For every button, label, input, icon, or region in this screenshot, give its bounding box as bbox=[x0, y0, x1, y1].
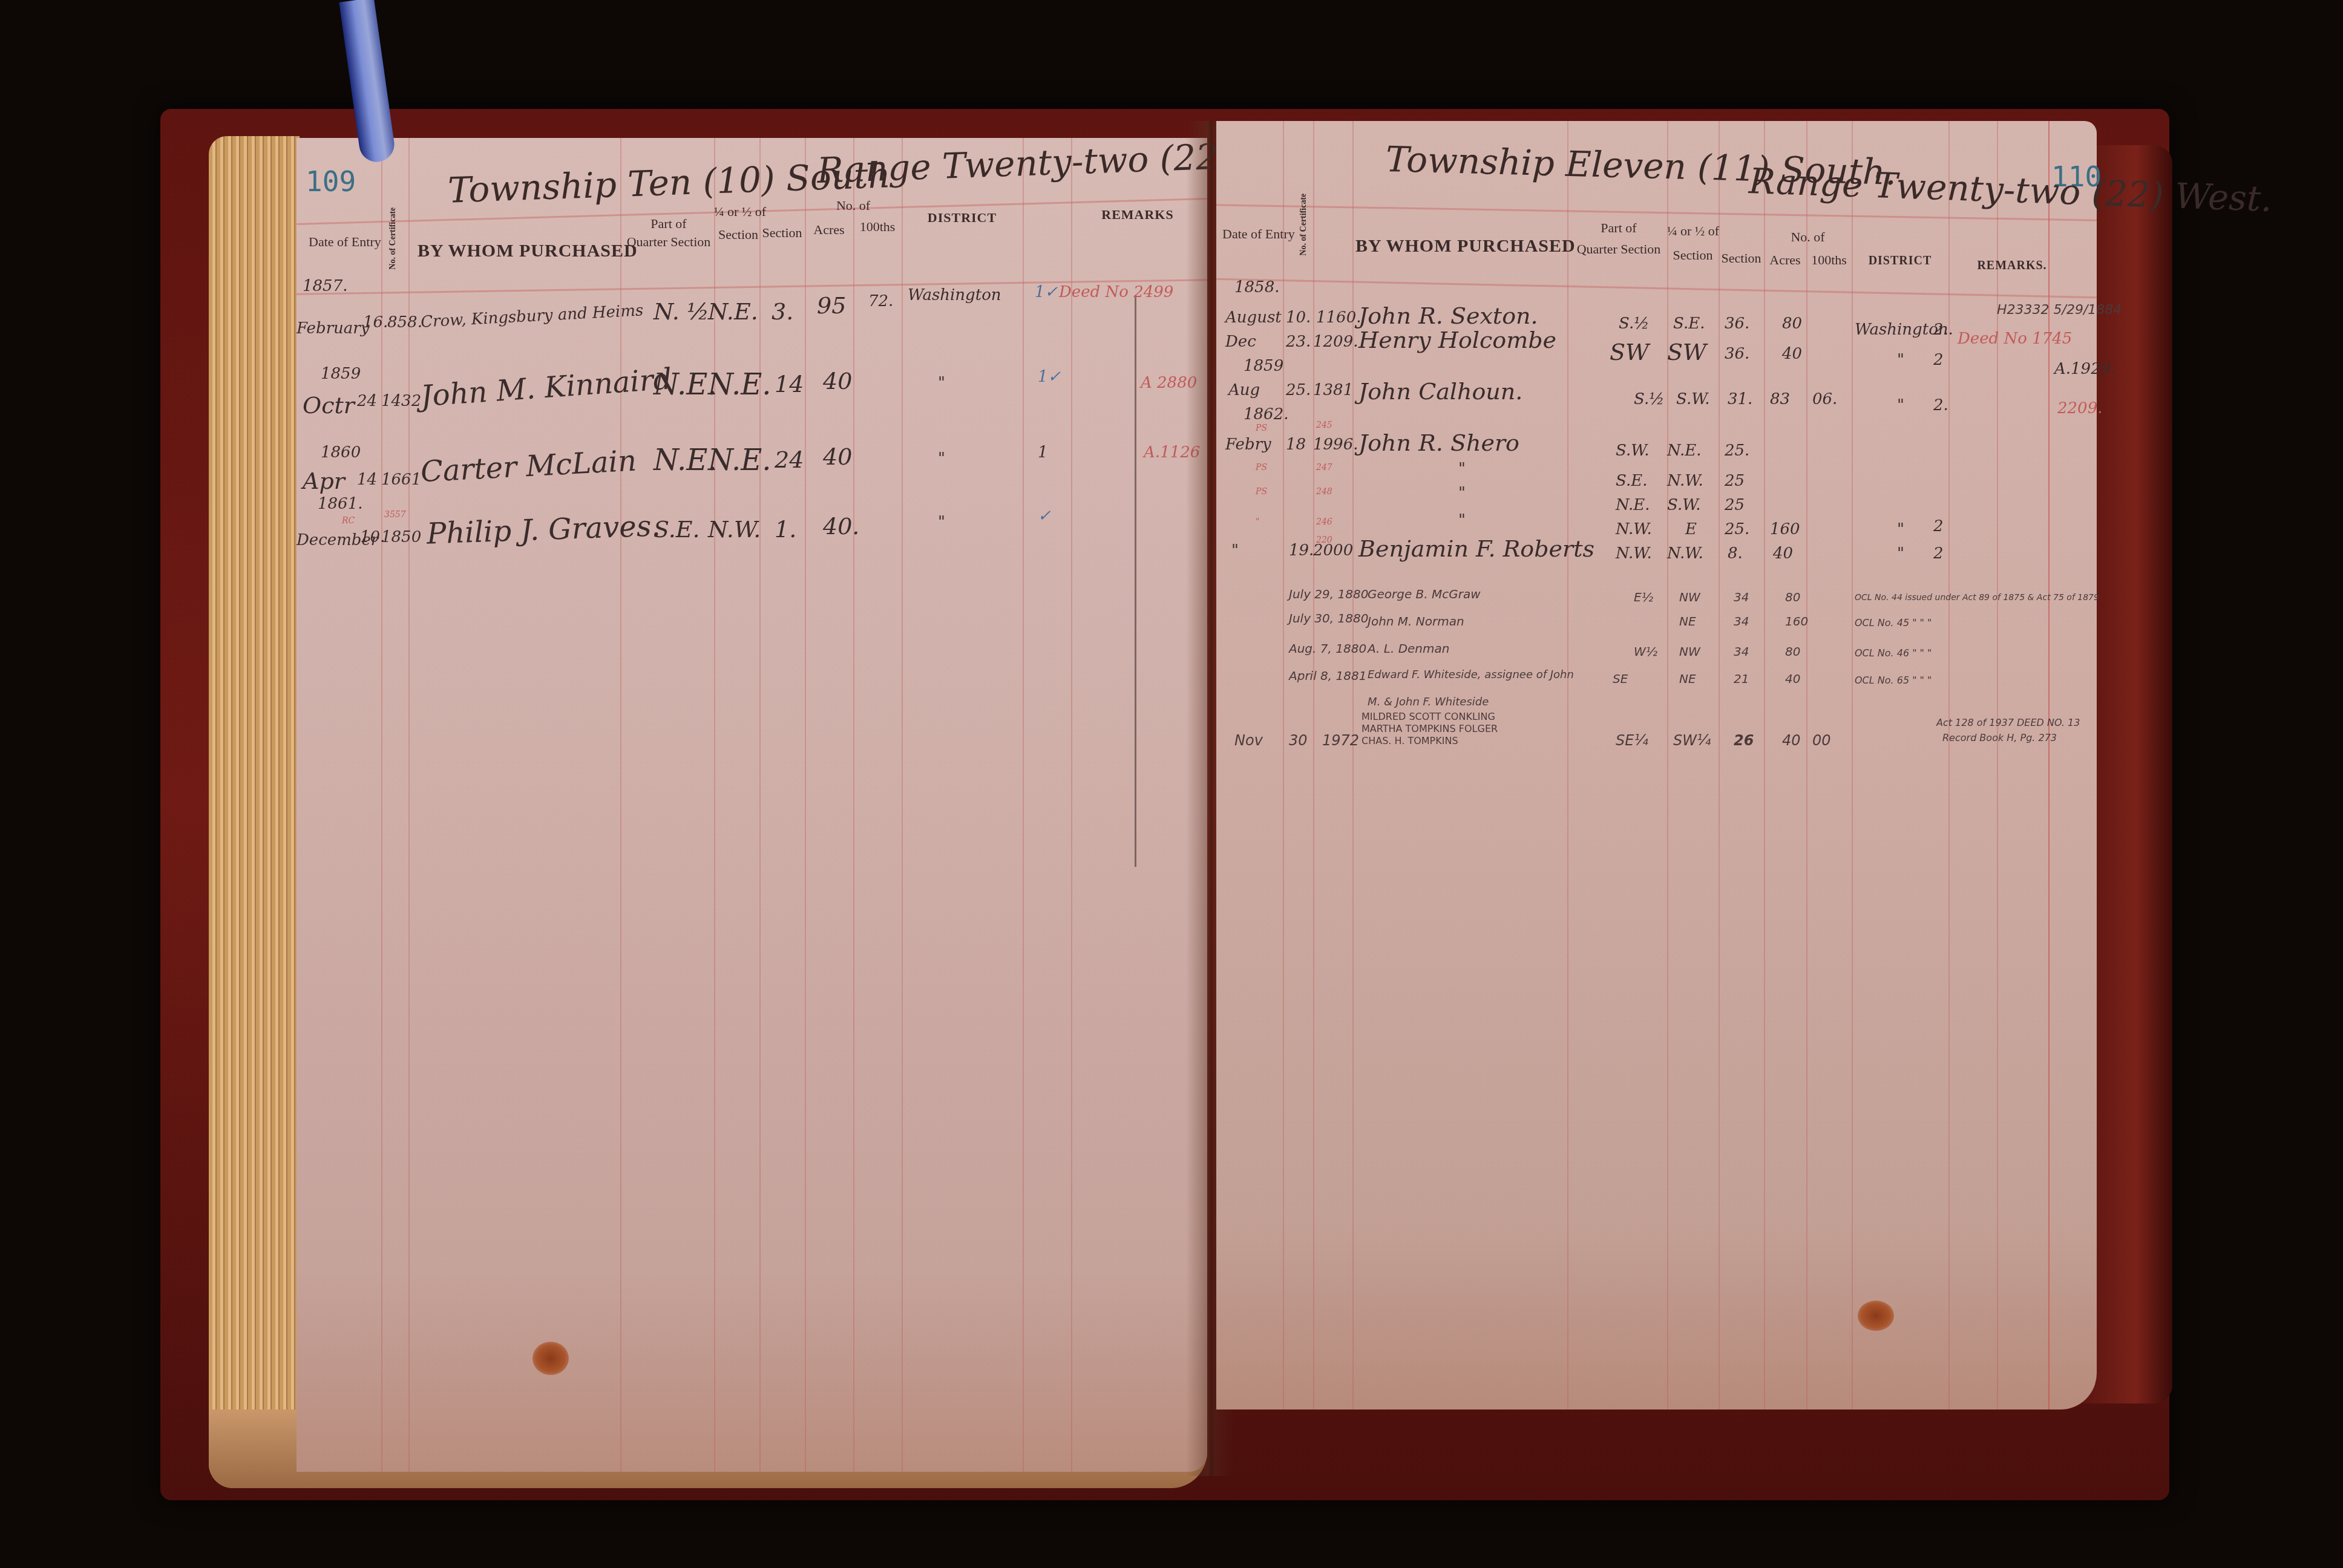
header-quarter-section: Quarter Section bbox=[1573, 242, 1664, 256]
entry-certificate: 2000 bbox=[1313, 541, 1353, 560]
entry-quarter: NW bbox=[1679, 644, 1700, 659]
entry-month: February bbox=[297, 319, 369, 338]
entry-district: " bbox=[938, 374, 945, 392]
entry-day: 16. bbox=[363, 313, 388, 332]
header-acres: Acres bbox=[805, 223, 853, 237]
header-section: Section bbox=[1719, 251, 1764, 266]
header-quarter-half: ¼ or ½ of bbox=[714, 204, 762, 219]
entry-year: 1858. bbox=[1234, 278, 1279, 296]
page-stack-edge bbox=[209, 136, 300, 1488]
entry-certificate: 1661 bbox=[381, 471, 421, 489]
entry-district: " bbox=[1897, 396, 1904, 414]
entry-month-note: PS bbox=[1256, 463, 1267, 472]
entry-acres: 160 bbox=[1770, 520, 1800, 538]
header-certificate-no: No. of Certificate bbox=[388, 227, 398, 270]
header-district: DISTRICT bbox=[908, 211, 1017, 225]
paper-stain bbox=[1858, 1301, 1894, 1331]
purchaser-name: MARTHA TOMPKINS FOLGER bbox=[1362, 723, 1498, 735]
entry-hundredths: 00 bbox=[1812, 732, 1831, 749]
entry-quarter: SW bbox=[1667, 339, 1706, 365]
header-quarter-half-section: Section bbox=[714, 227, 762, 242]
entry-part-qs: W½ bbox=[1634, 644, 1657, 659]
entry-purchaser: " bbox=[1458, 484, 1466, 502]
left-page: 109 Township Ten (10) South Range Twenty… bbox=[297, 138, 1207, 1472]
entry-acres: 80 bbox=[1785, 644, 1800, 659]
entry-part-qs: SE¼ bbox=[1616, 732, 1648, 749]
entry-part-qs: N.W. bbox=[1616, 544, 1652, 563]
entry-quarter: N.E. bbox=[708, 298, 758, 325]
entry-year: 1862. bbox=[1244, 405, 1288, 423]
entry-purchaser: John M. Kinnaird bbox=[420, 362, 673, 414]
entry-section: 26 bbox=[1734, 732, 1754, 749]
entry-certificate: 1850 bbox=[381, 528, 421, 546]
entry-acres: 40 bbox=[1782, 345, 1802, 363]
entry-section: 36. bbox=[1725, 345, 1749, 363]
entry-section: 1. bbox=[775, 516, 796, 543]
entry-year: 1859 bbox=[1244, 357, 1283, 375]
entry-part-qs: N.E. bbox=[654, 443, 716, 477]
entry-quarter: NW bbox=[1679, 590, 1700, 604]
header-district: DISTRICT bbox=[1852, 254, 1948, 267]
entry-cert-note: 246 bbox=[1316, 517, 1332, 527]
entry-section: 14 bbox=[775, 371, 804, 397]
entry-year: 1857. bbox=[303, 277, 347, 295]
entry-part-qs: N. ½ bbox=[654, 298, 709, 325]
entry-cert-note: 247 bbox=[1316, 463, 1332, 472]
entry-purchaser: Benjamin F. Roberts bbox=[1358, 535, 1594, 562]
entry-part-qs: S.½ bbox=[1634, 390, 1664, 408]
entry-quarter: N.E. bbox=[1667, 442, 1702, 460]
entry-district: OCL No. 44 issued under Act 89 of 1875 &… bbox=[1855, 593, 2099, 603]
entry-quarter: N.W. bbox=[1667, 472, 1703, 490]
entry-check: 1 bbox=[1038, 443, 1048, 462]
entry-remarks-line2: Record Book H, Pg. 273 bbox=[1942, 732, 2057, 743]
entry-quarter: S.W. bbox=[1667, 496, 1701, 514]
entry-acres: 40 bbox=[823, 368, 852, 394]
entry-month: Octr bbox=[303, 392, 355, 419]
entry-remarks: H23332 5/29/1884 bbox=[1997, 302, 2122, 318]
entry-quarter: E bbox=[1685, 520, 1697, 538]
entry-day: 30 bbox=[1289, 732, 1308, 749]
entry-district: " bbox=[938, 449, 945, 468]
entry-remarks: Deed No 1745 bbox=[1958, 330, 2072, 348]
entry-check: 2. bbox=[1933, 396, 1948, 414]
entry-day: 24 bbox=[357, 392, 377, 410]
entry-certificate: 858. bbox=[387, 313, 422, 332]
entry-check: 1✓ bbox=[1038, 368, 1061, 386]
right-page: 110 Township Eleven (11) South. Range Tw… bbox=[1216, 121, 2097, 1410]
entry-purchaser: Carter McLain bbox=[420, 444, 637, 489]
header-remarks: REMARKS bbox=[1077, 207, 1198, 222]
entry-part-qs: S.½ bbox=[1619, 315, 1649, 333]
entry-purchaser: " bbox=[1458, 460, 1466, 478]
entry-month-note: RC bbox=[342, 516, 355, 526]
entry-purchaser: Henry Holcombe bbox=[1358, 327, 1556, 353]
entry-part-qs: E½ bbox=[1634, 590, 1653, 604]
entry-day: 10. bbox=[1286, 309, 1311, 327]
entry-part-qs: SE bbox=[1613, 671, 1628, 686]
entry-section: 25. bbox=[1725, 520, 1749, 538]
entry-certificate: 1160. bbox=[1316, 309, 1361, 327]
entry-section: 3. bbox=[772, 298, 793, 325]
entry-hundredths: 06. bbox=[1812, 390, 1837, 408]
entry-purchaser: John Calhoun. bbox=[1358, 378, 1522, 405]
entry-quarter: N.W. bbox=[1667, 544, 1703, 563]
entry-cert-note: 248 bbox=[1316, 487, 1332, 497]
entry-year: 1859 bbox=[321, 365, 361, 383]
entry-purchaser: John R. Shero bbox=[1358, 430, 1519, 456]
entry-acres: 80 bbox=[1782, 315, 1802, 333]
entry-year: 1972 bbox=[1322, 732, 1359, 749]
entry-section: 25 bbox=[1725, 496, 1745, 514]
entry-part-qs: N.E. bbox=[654, 368, 716, 402]
entry-section: 25 bbox=[1725, 472, 1745, 490]
entry-date: Aug. 7, 1880 bbox=[1289, 641, 1366, 656]
entry-part-qs: SW bbox=[1610, 339, 1649, 365]
entry-quarter: N.E. bbox=[708, 443, 771, 477]
entry-certificate: 1209. bbox=[1313, 333, 1358, 351]
entry-month: Apr bbox=[303, 468, 345, 494]
entry-quarter: S.E. bbox=[1673, 315, 1705, 333]
header-section: Section bbox=[759, 226, 805, 240]
header-date-of-entry: Date of Entry bbox=[1222, 227, 1283, 241]
header-acres: Acres bbox=[1764, 253, 1806, 267]
header-hundredths: 100ths bbox=[853, 220, 902, 234]
entry-section: 21 bbox=[1734, 671, 1749, 686]
entry-part-qs: S.E. bbox=[654, 516, 700, 543]
entry-district: OCL No. 65 " " " bbox=[1855, 675, 1932, 686]
entry-check: ✓ bbox=[1038, 507, 1051, 525]
entry-section: 36. bbox=[1725, 315, 1749, 333]
entry-month: Febry bbox=[1225, 436, 1271, 454]
entry-year: 1861. bbox=[318, 495, 362, 513]
entry-section: 34 bbox=[1734, 590, 1749, 604]
entry-district: " bbox=[938, 513, 945, 531]
entry-acres: 40 bbox=[1773, 544, 1793, 563]
entry-acres: 160 bbox=[1785, 614, 1808, 629]
entry-purchaser: John M. Norman bbox=[1368, 614, 1464, 629]
entry-cert-note: 3557 bbox=[384, 510, 406, 520]
header-date-of-entry: Date of Entry bbox=[309, 235, 375, 249]
entry-acres: 40 bbox=[1785, 671, 1800, 686]
entry-month-note: PS bbox=[1256, 423, 1267, 433]
entry-quarter: SW¼ bbox=[1673, 732, 1711, 749]
entry-month-note: " bbox=[1256, 517, 1259, 527]
entry-section: 25. bbox=[1725, 442, 1749, 460]
entry-district: " bbox=[1897, 520, 1904, 538]
entry-remarks: A.1929. bbox=[2054, 360, 2115, 378]
entry-acres: 80 bbox=[1785, 590, 1800, 604]
header-part-of: Part of bbox=[623, 217, 714, 231]
paper-stain bbox=[532, 1342, 569, 1375]
entry-quarter: N.E. bbox=[708, 368, 771, 402]
entry-district: Washington bbox=[908, 286, 1001, 304]
header-quarter-half-section: Section bbox=[1667, 248, 1719, 263]
entry-section: 34 bbox=[1734, 614, 1749, 629]
entry-district: " bbox=[1897, 351, 1904, 369]
entry-certificate: 1381 bbox=[1313, 381, 1353, 399]
entry-purchaser-line2: M. & John F. Whiteside bbox=[1368, 696, 1489, 708]
header-by-whom-purchased: BY WHOM PURCHASED bbox=[418, 241, 617, 261]
entry-certificate: 1432 bbox=[381, 392, 421, 410]
entry-month: " bbox=[1231, 541, 1239, 560]
header-remarks: REMARKS. bbox=[1973, 259, 2051, 272]
entry-check: 2 bbox=[1933, 351, 1944, 369]
header-part-of: Part of bbox=[1573, 221, 1664, 235]
entry-district: OCL No. 46 " " " bbox=[1855, 647, 1932, 659]
entry-date: July 29, 1880 bbox=[1289, 587, 1368, 601]
entry-purchaser: George B. McGraw bbox=[1368, 587, 1481, 601]
entry-purchaser: John R. Sexton. bbox=[1358, 302, 1538, 329]
entry-hundredths: 72. bbox=[868, 292, 893, 310]
header-quarter-section: Quarter Section bbox=[623, 235, 714, 249]
entry-purchaser: Philip J. Graves. bbox=[426, 509, 661, 550]
entry-check: 2 bbox=[1933, 544, 1944, 563]
entry-section: 8. bbox=[1728, 544, 1743, 563]
entry-quarter: NE bbox=[1679, 614, 1696, 629]
entry-remarks: Act 128 of 1937 DEED NO. 13 bbox=[1936, 717, 2080, 728]
entry-date: April 8, 1881 bbox=[1289, 668, 1366, 683]
entry-date: July 30, 1880 bbox=[1289, 611, 1368, 626]
entry-part-qs: S.E. bbox=[1616, 472, 1647, 490]
entry-day: 18 bbox=[1286, 436, 1306, 454]
entry-purchaser: Edward F. Whiteside, assignee of John bbox=[1368, 668, 1574, 681]
entry-quarter: S.W. bbox=[1676, 390, 1710, 408]
entry-part-qs: S.W. bbox=[1616, 442, 1650, 460]
entry-day: 23. bbox=[1286, 333, 1311, 351]
entry-day: 19. bbox=[1289, 541, 1314, 560]
entry-year: 1860 bbox=[321, 443, 361, 462]
entry-month: Nov bbox=[1234, 732, 1263, 749]
entry-check: 2. bbox=[1933, 321, 1948, 339]
entry-quarter: NE bbox=[1679, 671, 1696, 686]
entry-day: 25. bbox=[1286, 381, 1311, 399]
entry-purchaser: Crow, Kingsbury and Heims bbox=[420, 301, 644, 331]
entry-part-qs: N.E. bbox=[1616, 496, 1650, 514]
entry-check: 2 bbox=[1933, 517, 1944, 535]
entry-quarter: N.W. bbox=[708, 516, 761, 543]
entry-section: 24 bbox=[775, 446, 804, 473]
entry-part-qs: N.W. bbox=[1616, 520, 1652, 538]
entry-acres: 83 bbox=[1770, 390, 1790, 408]
entry-certificate: 1996. bbox=[1313, 436, 1358, 454]
entry-month: Dec bbox=[1225, 333, 1256, 351]
entry-acres: 95 bbox=[817, 292, 846, 319]
entry-purchaser: " bbox=[1458, 511, 1466, 529]
purchaser-name: MILDRED SCOTT CONKLING bbox=[1362, 711, 1498, 723]
entry-cert-note: 245 bbox=[1316, 420, 1332, 430]
entry-remarks: 2209. bbox=[2057, 399, 2102, 417]
header-by-whom-purchased: BY WHOM PURCHASED bbox=[1355, 236, 1561, 256]
entry-district: " bbox=[1897, 544, 1904, 563]
header-quarter-half: ¼ or ½ of bbox=[1667, 224, 1719, 238]
entry-day: 14 bbox=[357, 471, 377, 489]
header-hundredths: 100ths bbox=[1806, 253, 1852, 267]
entry-month: Aug bbox=[1228, 381, 1260, 399]
page-number: 109 bbox=[306, 165, 356, 198]
entry-acres: 40 bbox=[1782, 732, 1801, 749]
header-no-of: No. of bbox=[1764, 230, 1852, 244]
range-title: Range Twenty-two (22) West. bbox=[1748, 160, 2273, 220]
entry-section: 31. bbox=[1728, 390, 1752, 408]
entry-month: August bbox=[1225, 309, 1282, 327]
entry-month-note: PS bbox=[1256, 487, 1267, 497]
entry-purchasers: MILDRED SCOTT CONKLING MARTHA TOMPKINS F… bbox=[1362, 711, 1498, 747]
header-certificate-no: No. of Certificate bbox=[1299, 220, 1308, 256]
entry-acres: 40 bbox=[823, 443, 852, 470]
entry-check: 1✓ bbox=[1035, 283, 1058, 301]
entry-purchaser: A. L. Denman bbox=[1368, 641, 1449, 656]
entry-section: 34 bbox=[1734, 644, 1749, 659]
entry-remarks: Deed No 2499 bbox=[1059, 283, 1173, 301]
header-no-of: No. of bbox=[805, 198, 902, 213]
entry-acres: 40. bbox=[823, 513, 859, 540]
purchaser-name: CHAS. H. TOMPKINS bbox=[1362, 735, 1498, 747]
entry-district: OCL No. 45 " " " bbox=[1855, 617, 1932, 629]
